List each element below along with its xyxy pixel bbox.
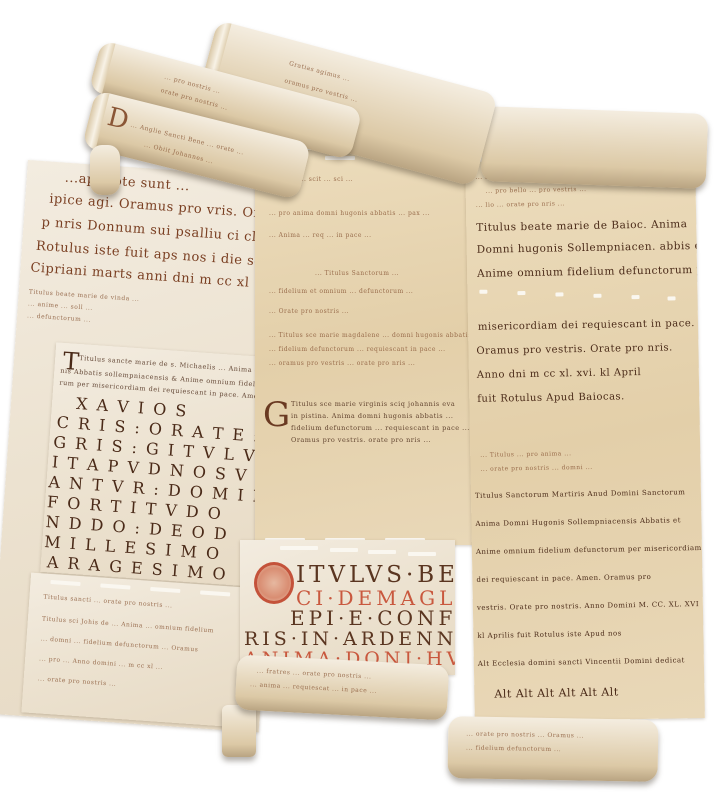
right-titulus-line: Titulus beate marie de Baioc. Anima bbox=[476, 218, 687, 234]
gothic-line: Anima Domni Hugonis Sollempniacensis Abb… bbox=[475, 516, 681, 528]
bottom-center-roll: ... fratres ... orate pro nostris ... ..… bbox=[235, 654, 450, 720]
right-faint-line: ... Titulus ... pro anima ... bbox=[480, 450, 571, 459]
left-bottom-line: Titulus sancti ... orate pro nostris ... bbox=[43, 593, 173, 609]
gothic-line: Alt Ecclesia domini sancti Vincentii Dom… bbox=[478, 656, 685, 668]
left-faint-line: ... defunctorum ... bbox=[27, 312, 91, 323]
left-sheet-top-roll bbox=[90, 145, 120, 195]
center-text-line: ... Anima ... req ... in pace ... bbox=[269, 232, 372, 239]
roll-initial: D bbox=[104, 102, 132, 136]
right-titulus-line: Anime omnium fidelium defunctorum per bbox=[477, 264, 705, 280]
stitch-mark bbox=[280, 546, 318, 550]
illuminated-text: ITVLVS·BE bbox=[296, 562, 455, 588]
bottom-left-curl bbox=[222, 705, 256, 757]
center-titulus-line: in pistina. Anima domni hugonis abbatis … bbox=[291, 412, 453, 420]
stitch-mark bbox=[100, 583, 130, 589]
manuscript-photo: ...api note sunt ... ipice agi. Oramus p… bbox=[0, 0, 720, 797]
stitch-mark bbox=[631, 295, 639, 299]
right-titulus-line: misericordiam dei requiescant in pace. A… bbox=[478, 317, 705, 332]
stitch-mark bbox=[668, 296, 676, 300]
left-bottom-line: ... domni ... fidelium defunctorum ... O… bbox=[40, 635, 198, 653]
illuminated-sheet: ITVLVS·BE CI·DEMAGL EPI·E·CONFE RIS·IN·A… bbox=[240, 540, 455, 675]
right-titulus-line: Domni hugonis Sollempniacen. abbis et bbox=[477, 240, 705, 256]
left-bottom-line: ... orate pro nostris ... bbox=[38, 675, 117, 687]
roll-text: ... fratres ... orate pro nostris ... bbox=[257, 668, 372, 681]
center-titulus-line: Titulus sce marie virginis sciq johannis… bbox=[291, 400, 455, 408]
gothic-line: Titulus Sanctorum Martiris Anud Domini S… bbox=[475, 488, 686, 500]
stitch-mark bbox=[408, 552, 436, 556]
center-text-line: ... Orate pro nostris ... bbox=[269, 308, 349, 315]
stitch-mark bbox=[50, 580, 80, 586]
center-text-line: ... oramus pro vestris ... orate pro nri… bbox=[269, 360, 415, 367]
center-text-line: ... pro anima domni hugonis abbatis ... … bbox=[269, 210, 430, 217]
stitch-mark bbox=[200, 590, 230, 596]
stitch-mark bbox=[150, 587, 180, 593]
right-faint-line: ... orate pro nostris ... domni ... bbox=[480, 464, 592, 473]
right-parchment-sheet: ... Salutem ... pro misericordia ... in … bbox=[465, 158, 705, 722]
illuminated-row: ITVLVS·BE bbox=[296, 562, 455, 588]
roll-text: ... fidelium defunctorum ... bbox=[466, 744, 561, 753]
illuminated-text: EPI·E·CONFE bbox=[290, 606, 455, 630]
left-bottom-line: ... pro ... Anno domini ... m cc xl ... bbox=[39, 655, 163, 671]
illuminated-row: RIS·IN·ARDENN bbox=[244, 628, 455, 650]
roll-text: ... orate pro nostris ... Oramus ... bbox=[466, 730, 584, 739]
center-text-line: ... Titulus Sanctorum ... bbox=[315, 270, 399, 277]
center-text-line: ... Titulus sce marie magdalene ... domn… bbox=[269, 332, 480, 339]
right-header-line: ... pro bello ... pro vestris ... bbox=[486, 186, 587, 195]
illuminated-initial-t bbox=[254, 562, 294, 604]
left-text-line: ...api note sunt ... bbox=[64, 171, 190, 195]
gothic-line: kl Aprilis fuit Rotulus iste Apud nos bbox=[477, 629, 622, 640]
illuminated-text: RIS·IN·ARDENN bbox=[244, 628, 455, 650]
stitch-mark bbox=[330, 548, 358, 552]
right-bottom-roll: ... orate pro nostris ... Oramus ... ...… bbox=[447, 716, 658, 782]
right-top-roll bbox=[481, 106, 708, 189]
left-faint-line: ... anime ... soll ... bbox=[28, 300, 93, 312]
right-titulus-line: fuit Rotulus Apud Baiocas. bbox=[477, 391, 625, 405]
center-initial-g: G bbox=[263, 395, 291, 435]
gothic-line: dei requiescant in pace. Amen. Oramus pr… bbox=[476, 573, 651, 584]
roll-text: ... anima ... requiescat ... in pace ... bbox=[250, 681, 377, 695]
center-text-line: ... fidelium defunctorum ... requiescant… bbox=[269, 346, 446, 353]
right-titulus-line: Oramus pro vestris. Orate pro nris. bbox=[476, 342, 673, 356]
left-bottom-line: Titulus sci Johis de ... Anima ... omniu… bbox=[42, 615, 214, 634]
center-titulus-line: fidelium defunctorum ... requiescant in … bbox=[291, 424, 470, 432]
roll-text: Gratias agimus ... bbox=[288, 60, 350, 83]
stitch-mark bbox=[479, 290, 487, 294]
center-parchment-sheet: ... fris ... scit ... sci ... ... pro an… bbox=[255, 150, 480, 545]
stitch-mark bbox=[517, 291, 525, 295]
stitch-mark bbox=[555, 292, 563, 296]
roll-end bbox=[82, 90, 110, 150]
right-header-line: ... lio ... orate pro nris ... bbox=[476, 200, 565, 209]
illuminated-row: EPI·E·CONFE bbox=[290, 606, 455, 630]
gothic-line: vestris. Orate pro nostris. Anno Domini … bbox=[477, 600, 699, 612]
left-bottom-sheet: Titulus sancti ... orate pro nostris ...… bbox=[21, 573, 248, 728]
center-titulus-line: Oramus pro vestris. orate pro nris ... bbox=[291, 436, 431, 444]
center-text-line: ... fidelium et omnium ... defunctorum .… bbox=[269, 288, 413, 295]
gothic-line: Anime omnium fidelium defunctorum per mi… bbox=[476, 544, 702, 556]
stitch-mark bbox=[368, 550, 396, 554]
stitch-mark bbox=[593, 294, 601, 298]
right-titulus-line: Anno dni m cc xl. xvi. kl April bbox=[477, 367, 642, 381]
gothic-line: Alt Alt Alt Alt Alt Alt bbox=[494, 685, 618, 700]
roll-end bbox=[89, 40, 116, 94]
